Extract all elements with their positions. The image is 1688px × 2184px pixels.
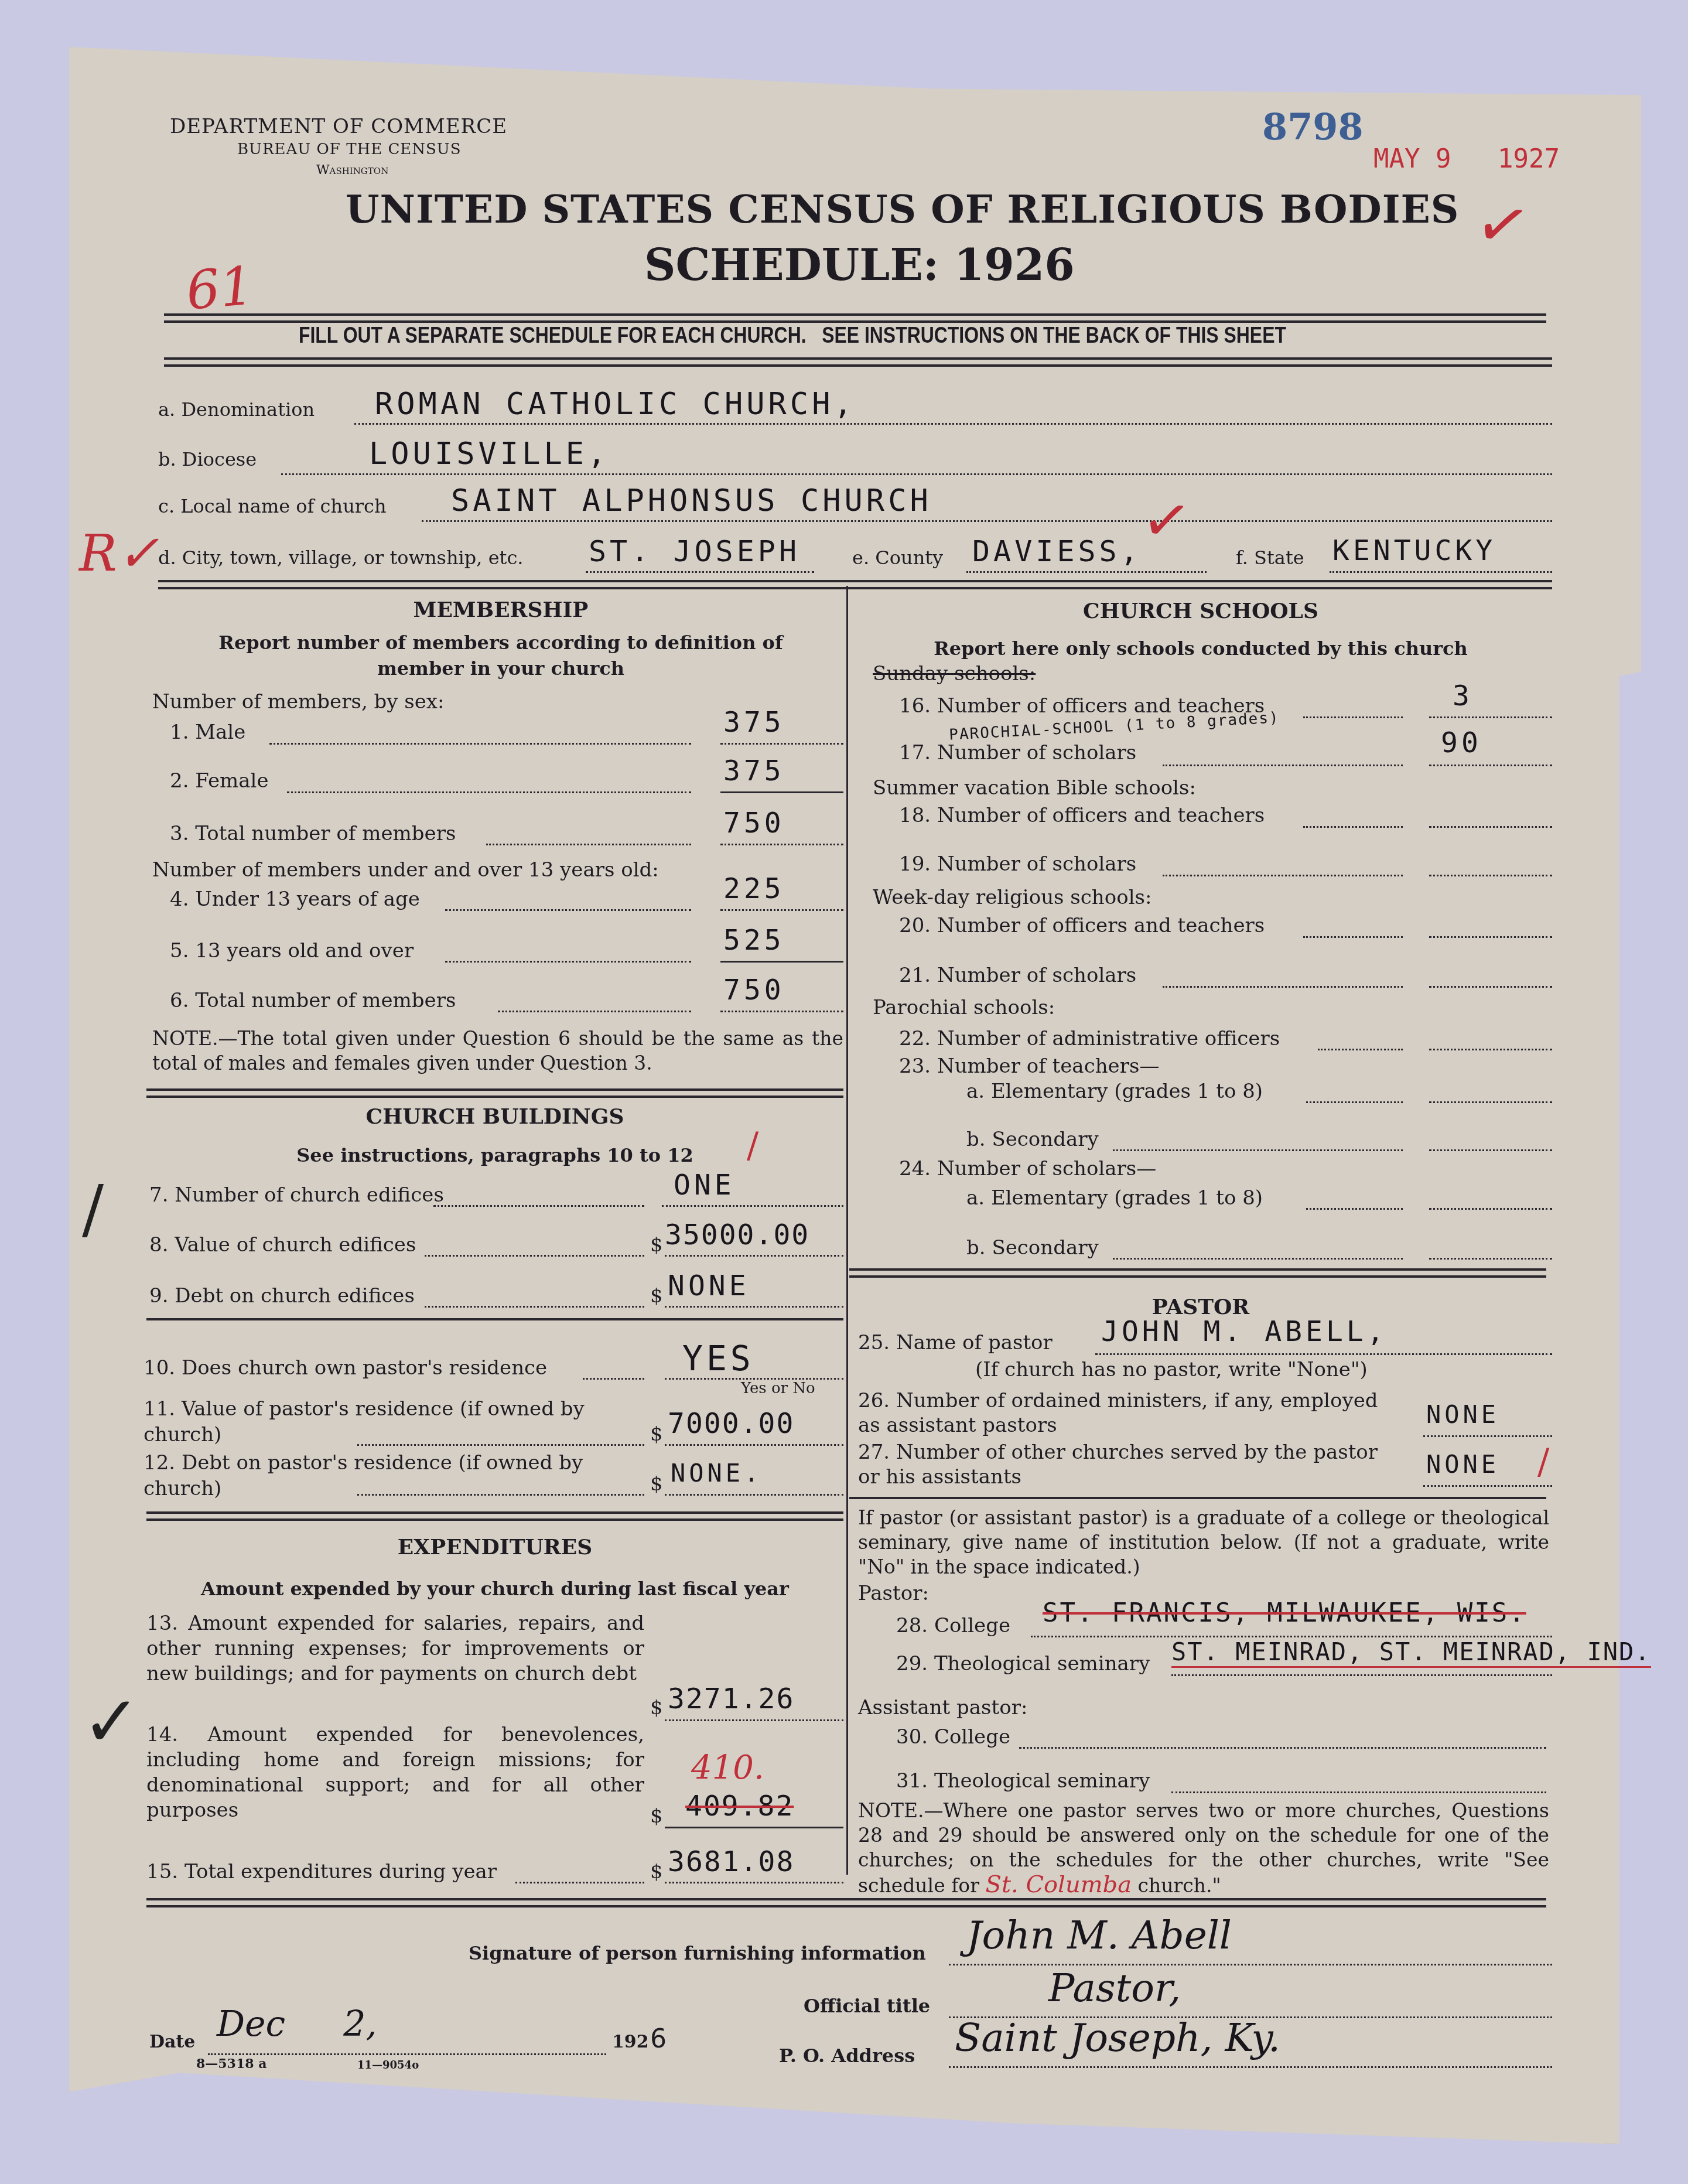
q24a-field[interactable] [1429, 1185, 1552, 1210]
bureau-label: BUREAU OF THE CENSUS [237, 141, 462, 158]
graduate-instruction: If pastor (or assistant pastor) is a gra… [858, 1506, 1549, 1579]
header-divider [164, 313, 1546, 323]
under-13-leader [445, 886, 691, 911]
residence-value-currency: $ [650, 1422, 663, 1446]
edifices-debt-leader [425, 1282, 644, 1308]
q23a-label: a. Elementary (grades 1 to 8) [966, 1080, 1263, 1103]
weekday-schools-label: Week-day religious schools: [873, 886, 1151, 909]
over-13-value: 525 [723, 924, 785, 957]
other-churches-label: 27. Number of other churches served by t… [858, 1440, 1397, 1489]
buildings-subtitle: See instructions, paragraphs 10 to 12 [146, 1142, 843, 1168]
column-divider [846, 586, 848, 1875]
instruction-banner: FILL OUT A SEPARATE SCHEDULE FOR EACH CH… [299, 323, 1286, 349]
q18-leader [1303, 803, 1403, 828]
q20-label: 20. Number of officers and teachers [899, 914, 1265, 937]
edifices-value-leader [425, 1231, 644, 1257]
q21-leader [1163, 963, 1403, 988]
male-label: 1. Male [170, 721, 245, 744]
assistant-college-field[interactable] [1019, 1724, 1546, 1749]
yes-no-hint: Yes or No [741, 1380, 815, 1397]
benevolences-label: 14. Amount expended for benevolences, in… [146, 1722, 644, 1823]
running-expenses-label: 13. Amount expended for salaries, repair… [146, 1611, 644, 1687]
q22-leader [1318, 1025, 1403, 1050]
year-digit: 6 [650, 2024, 667, 2054]
local-name-value: SAINT ALPHONSUS CHURCH [451, 483, 932, 518]
margin-review-mark: R✓ [79, 524, 159, 583]
assistant-college-label: 30. College [896, 1725, 1010, 1749]
denomination-label: a. Denomination [158, 398, 315, 421]
q23b-leader [1113, 1126, 1403, 1151]
assistant-education-label: Assistant pastor: [858, 1696, 1027, 1719]
schools-divider [849, 1268, 1546, 1278]
total-members-value: 750 [723, 807, 785, 840]
state-label: f. State [1236, 547, 1304, 569]
other-churches-value: NONE [1426, 1450, 1499, 1479]
washington-label: Washington [316, 163, 388, 178]
expenditures-title: EXPENDITURES [146, 1535, 843, 1559]
by-age-label: Number of members under and over 13 year… [152, 858, 659, 882]
total-members-2-leader [498, 987, 691, 1012]
by-sex-label: Number of members, by sex: [152, 690, 444, 714]
total-members-2-label: 6. Total number of members [170, 989, 456, 1012]
q19-label: 19. Number of scholars [899, 852, 1136, 876]
q21-label: 21. Number of scholars [899, 964, 1136, 987]
po-address-value: Saint Joseph, Ky. [955, 2015, 1280, 2060]
county-value: DAVIESS, [972, 534, 1142, 568]
schools-subtitle: Report here only schools conducted by th… [849, 636, 1552, 661]
stamp-number: 8798 [1262, 105, 1364, 148]
expenditures-subtitle: Amount expended by your church during la… [146, 1576, 843, 1602]
margin-tick-mark: / [82, 1172, 104, 1247]
q23b-label: b. Secondary [966, 1128, 1099, 1151]
q24a-leader [1306, 1185, 1403, 1210]
residence-debt-currency: $ [650, 1472, 663, 1496]
q23-label: 23. Number of teachers— [899, 1055, 1159, 1078]
q20-field[interactable] [1429, 913, 1552, 938]
female-label: 2. Female [170, 769, 269, 793]
q20-leader [1303, 913, 1403, 938]
under-13-value: 225 [723, 872, 785, 905]
q17-label: 17. Number of scholars [899, 741, 1136, 765]
diocese-value: LOUISVILLE, [369, 436, 609, 472]
pastor-divider [849, 1497, 1546, 1499]
owns-residence-leader [583, 1354, 644, 1380]
male-leader [269, 719, 691, 745]
edifices-value-label: 8. Value of church edifices [149, 1233, 416, 1257]
q24b-label: b. Secondary [966, 1236, 1099, 1260]
residence-value-value: 7000.00 [668, 1407, 794, 1440]
q24a-label: a. Elementary (grades 1 to 8) [966, 1186, 1263, 1210]
denomination-value: ROMAN CATHOLIC CHURCH, [375, 387, 856, 422]
q22-label: 22. Number of administrative officers [899, 1027, 1280, 1050]
pastor-name-label: 25. Name of pastor [858, 1331, 1053, 1354]
male-value: 375 [723, 706, 785, 739]
q23a-field[interactable] [1429, 1078, 1552, 1103]
date-value: Dec 2, [217, 2004, 377, 2045]
pastor-seminary-label: 29. Theological seminary [896, 1652, 1150, 1675]
q21-field[interactable] [1429, 963, 1552, 988]
form-code-2: 11—9054o [357, 2059, 419, 2072]
assistant-pastors-label: 26. Number of ordained ministers, if any… [858, 1388, 1397, 1438]
year-prefix: 192 [612, 2032, 649, 2052]
city-label: d. City, town, village, or township, etc… [158, 547, 524, 569]
sunday-schools-label: Sunday schools: [873, 662, 1036, 685]
tally-mark: / [1537, 1441, 1549, 1482]
membership-title: MEMBERSHIP [158, 598, 843, 622]
local-name-label: c. Local name of church [158, 495, 387, 517]
female-leader [287, 768, 691, 793]
buildings-title: CHURCH BUILDINGS [146, 1104, 843, 1129]
running-expenses-value: 3271.26 [668, 1683, 794, 1715]
signature-value: John M. Abell [966, 1913, 1232, 1958]
pastor-college-label: 28. College [896, 1614, 1010, 1637]
assistant-pastors-value: NONE [1426, 1400, 1499, 1429]
signature-label: Signature of person furnishing informati… [469, 1942, 926, 1964]
benevolences-value: 409.82 [685, 1790, 794, 1823]
form-subtitle: SCHEDULE: 1926 [644, 240, 1075, 291]
schools-title: CHURCH SCHOOLS [849, 599, 1552, 623]
edifices-debt-label: 9. Debt on church edifices [149, 1284, 415, 1308]
benevolences-currency: $ [650, 1804, 663, 1828]
edifices-count-value: ONE [674, 1169, 735, 1202]
total-expenditures-label: 15. Total expenditures during year [146, 1860, 497, 1883]
buildings-bottom-divider [146, 1511, 843, 1521]
county-label: e. County [852, 547, 943, 569]
q16-leader [1303, 693, 1403, 718]
diocese-label: b. Diocese [158, 448, 257, 470]
city-value: ST. JOSEPH [589, 534, 800, 568]
margin-check-icon: ✓ [82, 1681, 141, 1763]
under-13-label: 4. Under 13 years of age [170, 888, 420, 911]
po-address-label: P. O. Address [779, 2045, 915, 2067]
running-expenses-currency: $ [650, 1696, 663, 1719]
see-schedule-church-value: St. Columba [986, 1871, 1132, 1900]
official-title-field[interactable] [949, 1993, 1552, 2018]
department-label: DEPARTMENT OF COMMERCE [170, 115, 507, 138]
assistant-seminary-label: 31. Theological seminary [896, 1769, 1150, 1793]
q19-field[interactable] [1429, 851, 1552, 876]
q23a-leader [1306, 1078, 1403, 1103]
q24-label: 24. Number of scholars— [899, 1157, 1156, 1180]
total-expenditures-leader [515, 1858, 644, 1883]
pastor-education-label: Pastor: [858, 1582, 929, 1605]
residence-value-leader [357, 1421, 644, 1446]
q24b-field[interactable] [1429, 1234, 1552, 1260]
buildings-divider [146, 1318, 843, 1320]
q17-leader [1163, 741, 1403, 766]
q17-value: 90 [1441, 726, 1482, 759]
form-code-1: 8—5318 a [196, 2056, 266, 2072]
multi-church-note-suffix: church." [1138, 1874, 1221, 1897]
membership-divider [146, 1088, 843, 1098]
owns-residence-label: 10. Does church own pastor's residence [143, 1356, 547, 1380]
residence-debt-value: NONE. [671, 1459, 762, 1487]
female-value: 375 [723, 755, 785, 787]
pastor-name-hint: (If church has no pastor, write "None") [975, 1358, 1368, 1381]
edifices-count-leader [433, 1182, 644, 1207]
received-date-stamp: MAY 9 1927 [1373, 144, 1560, 174]
q16-field[interactable] [1429, 693, 1552, 718]
over-13-leader [445, 937, 691, 963]
parochial-schools-label: Parochial schools: [873, 996, 1055, 1019]
form-title: UNITED STATES CENSUS OF RELIGIOUS BODIES [346, 186, 1460, 232]
total-members-2-value: 750 [723, 974, 785, 1006]
pastor-name-value: JOHN M. ABELL, [1101, 1315, 1388, 1348]
benevolences-correction: 410. [691, 1749, 764, 1787]
assistant-seminary-field[interactable] [1171, 1768, 1546, 1793]
checkmark-icon: ✓ [1137, 483, 1195, 558]
official-title-label: Official title [804, 1995, 930, 2017]
banner-divider [164, 357, 1552, 367]
over-13-label: 5. 13 years old and over [170, 939, 414, 963]
q22-field[interactable] [1429, 1025, 1552, 1050]
membership-note: NOTE.—The total given under Question 6 s… [152, 1026, 843, 1076]
edifices-count-label: 7. Number of church edifices [149, 1183, 444, 1207]
official-title-value: Pastor, [1048, 1965, 1181, 2011]
date-label: Date [149, 2032, 195, 2052]
total-members-leader [486, 820, 691, 845]
residence-debt-leader [357, 1470, 644, 1496]
q18-field[interactable] [1429, 803, 1552, 828]
pastor-college-value: ST. FRANCIS, MILWAUKEE, WIS. [1043, 1598, 1526, 1628]
q16-value: 3 [1453, 680, 1473, 712]
total-members-label: 3. Total number of members [170, 822, 456, 845]
edifices-value-currency: $ [650, 1233, 663, 1257]
total-expenditures-value: 3681.08 [668, 1845, 794, 1878]
pastor-seminary-value: ST. MEINRAD, ST. MEINRAD, IND. [1171, 1637, 1651, 1668]
total-expenditures-currency: $ [650, 1860, 663, 1883]
summer-schools-label: Summer vacation Bible schools: [873, 776, 1196, 800]
footer-divider [146, 1898, 1546, 1907]
edifices-debt-currency: $ [650, 1284, 663, 1308]
edifices-value-value: 35000.00 [665, 1219, 809, 1251]
q18-label: 18. Number of officers and teachers [899, 804, 1265, 827]
q19-leader [1163, 851, 1403, 876]
q23b-field[interactable] [1429, 1126, 1552, 1151]
state-value: KENTUCKY [1332, 534, 1496, 567]
multi-church-note: NOTE.—Where one pastor serves two or mor… [858, 1799, 1549, 1898]
owns-residence-value: YES [682, 1339, 754, 1378]
tally-mark: / [747, 1125, 758, 1166]
membership-subtitle: Report number of members according to de… [193, 630, 808, 681]
margin-number-mark: 61 [184, 255, 256, 322]
q24b-leader [1113, 1234, 1403, 1260]
edifices-debt-value: NONE [668, 1270, 750, 1302]
identity-divider [158, 580, 1552, 589]
